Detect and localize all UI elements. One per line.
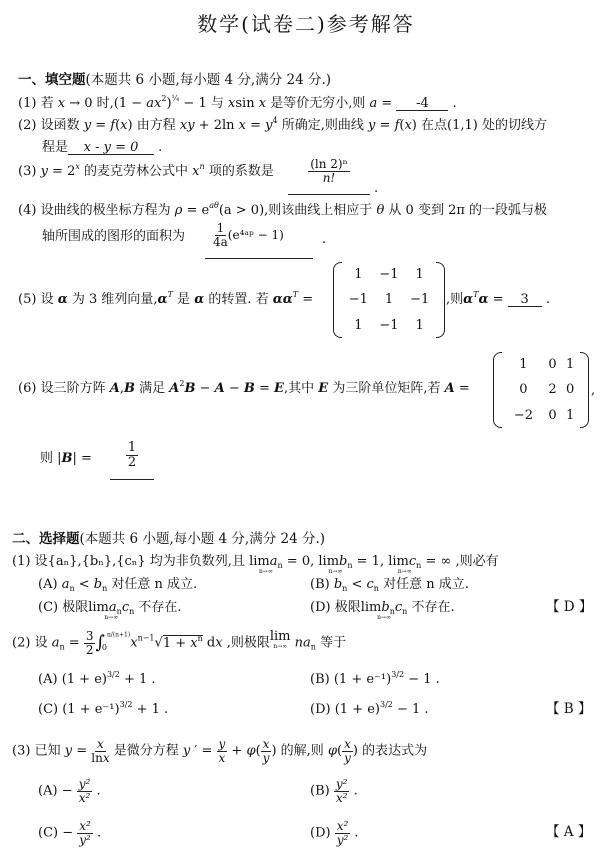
sign: − xyxy=(62,826,73,841)
answer-blank: (ln 2)ⁿ n! xyxy=(288,158,370,195)
option-b: (B) bn < cn 对任意 n 成立. xyxy=(310,578,469,591)
section-2-heading: 二、选择题(本题共 6 小题,每小题 4 分,满分 24 分.) xyxy=(12,533,325,547)
fraction-numerator: x² xyxy=(77,820,93,834)
matrix-cell: 1 xyxy=(503,352,544,377)
option-text: 不存在. xyxy=(138,600,181,615)
q-text: 设 xyxy=(35,636,48,651)
option-label: (D) xyxy=(310,826,331,841)
q-text: 设三阶方阵 xyxy=(41,381,106,396)
q-text: 满足 xyxy=(139,381,165,396)
option-text: (1 + e) xyxy=(62,672,107,687)
matrix-cell: 1 xyxy=(404,313,435,338)
option-tail: + 1 . xyxy=(120,672,156,687)
q-number: (2) xyxy=(18,118,36,133)
fraction-numerator: (ln 2)ⁿ xyxy=(308,158,350,172)
s1-question-5-tail: ,则αTα = 3 . xyxy=(446,293,550,307)
q-text: 是微分方程 xyxy=(114,744,179,759)
right-paren xyxy=(436,262,445,338)
q-text: 的解,则 xyxy=(281,744,324,759)
answer-fraction: 1 4a xyxy=(213,222,228,248)
option-label: (C) xyxy=(38,826,58,841)
option-text: 不存在. xyxy=(411,600,454,615)
answer-bracket: 【 A 】 xyxy=(546,826,591,840)
option-label: (C) xyxy=(38,702,58,717)
q-number: (5) xyxy=(18,292,36,307)
option-d: (D) (1 + e)3/2 − 1 . xyxy=(310,703,429,716)
option-text: (1 + e⁻¹) xyxy=(334,672,391,687)
s1-question-1: (1) 若 x → 0 时,(1 − ax2)¼ − 1 与 xsin x 是等… xyxy=(18,97,457,111)
matrix-cell: −1 xyxy=(374,313,405,338)
matrix-cell: −2 xyxy=(503,403,544,428)
q-text: 是 xyxy=(177,292,190,307)
matrix-alpha-alpha-t: 1−11 −11−1 1−11 xyxy=(333,262,445,338)
matrix-cell: 1 xyxy=(561,352,579,377)
fraction-numerator: 1 xyxy=(215,222,227,236)
q-text: 的表达式为 xyxy=(362,744,427,759)
option-a: (A) an < bn 对任意 n 成立. xyxy=(38,578,197,591)
s1-question-6: (6) 设三阶方阵 A,B 满足 A2B − A − B = E,其中 E 为三… xyxy=(18,382,470,395)
option-c: (C) (1 + e⁻¹)3/2 + 1 . xyxy=(38,703,168,716)
matrix-cell: 1 xyxy=(374,287,405,312)
s1-question-4: (4) 设曲线的极坐标方程为 ρ = eaθ(a > 0),则该曲线上相应于 θ… xyxy=(18,204,547,217)
answer-blank: -4 xyxy=(396,97,448,111)
q-text: 若 xyxy=(41,96,54,111)
option-label: (D) xyxy=(310,600,331,615)
q-number: (6) xyxy=(18,381,36,396)
s1-question-4-cont: 轴所围成的图形的面积为 xyxy=(42,230,185,243)
section-2-note: (本题共 6 小题,每小题 4 分,满分 24 分.) xyxy=(80,531,326,547)
q-text: 设 xyxy=(41,292,54,307)
right-paren xyxy=(580,352,589,428)
q-number: (1) xyxy=(18,96,36,111)
q-number: (3) xyxy=(12,744,30,759)
section-1-heading: 一、填空题(本题共 6 小题,每小题 4 分,满分 24 分.) xyxy=(18,74,331,88)
option-a: (A) − y²x² . xyxy=(38,778,101,804)
q-number: (1) xyxy=(12,554,30,569)
q-text: 等于 xyxy=(320,636,346,651)
s1-question-6-cont: 则 |B| = xyxy=(40,452,92,465)
s2-question-2: (2) 设 an = 32∫0n/(n+1)xn−1√1 + xn dx ,则极… xyxy=(12,630,346,656)
q-text: 在点(1,1) 处的切线方 xyxy=(421,118,547,133)
fraction-numerator: y² xyxy=(334,778,350,792)
fraction-numerator: x² xyxy=(335,820,351,834)
fraction-denominator: 4a xyxy=(213,236,228,249)
q-text: 程是 xyxy=(42,140,68,155)
option-label: (A) xyxy=(38,577,58,592)
page-title: 数学(试卷二)参考解答 xyxy=(0,14,612,34)
option-label: (B) xyxy=(310,672,330,687)
q-number: (4) xyxy=(18,203,36,218)
fraction-numerator: y² xyxy=(77,778,93,792)
answer-blank: x - y = 0 xyxy=(68,141,154,155)
answer-fraction: 1 2 xyxy=(126,441,138,469)
q-text: 所确定,则曲线 xyxy=(282,118,364,133)
q-text: 是等价无穷小,则 xyxy=(270,96,365,111)
q-text: 项的系数是 xyxy=(209,164,274,179)
period: . xyxy=(322,233,326,246)
option-c: (C) − x²y² . xyxy=(38,820,101,846)
matrix-cell: −1 xyxy=(343,287,374,312)
exponent: 3/2 xyxy=(107,670,120,679)
option-label: (B) xyxy=(310,784,330,799)
option-tail: − 1 . xyxy=(393,702,429,717)
section-1-note: (本题共 6 小题,每小题 4 分,满分 24 分.) xyxy=(86,72,332,88)
answer-blank: 3 xyxy=(508,293,542,307)
q-text: ,其中 xyxy=(284,381,314,396)
left-paren xyxy=(493,352,502,428)
q-text: 的转置. 若 xyxy=(208,292,268,307)
matrix-cell: 1 xyxy=(343,313,374,338)
matrix-cell: −1 xyxy=(404,287,435,312)
comma: , xyxy=(591,384,595,397)
s1-question-2-cont: 程是x - y = 0 . xyxy=(42,141,162,155)
q-text: 设函数 xyxy=(41,118,80,133)
left-paren xyxy=(333,262,342,338)
q-text: 从 0 变到 2π 的一段弧与极 xyxy=(388,203,547,218)
q-number: (2) xyxy=(12,636,30,651)
q-text: ,则极限 xyxy=(227,636,270,651)
q-text: 由方程 xyxy=(137,118,176,133)
option-d: (D) 极限limbncnn→∞ 不存在. xyxy=(310,601,455,621)
option-text: 对任意 n 成立. xyxy=(383,577,469,592)
matrix-cell: 0 xyxy=(503,377,544,402)
matrix-cell: 1 xyxy=(561,403,579,428)
s1-question-2: (2) 设函数 y = f(x) 由方程 xy + 2ln x = y4 所确定… xyxy=(18,119,547,132)
option-d: (D) x²y² . xyxy=(310,820,359,846)
option-label: (A) xyxy=(38,784,58,799)
q-text: 为 3 维列向量, xyxy=(72,292,158,307)
option-text: (1 + e) xyxy=(335,702,380,717)
answer-blank: 1 4a (e⁴ᵃᵖ − 1) xyxy=(205,222,313,259)
matrix-cell: 1 xyxy=(343,262,374,287)
q-text: ,则必有 xyxy=(455,554,498,569)
q-text: 为三阶单位矩阵,若 xyxy=(332,381,440,396)
option-a: (A) (1 + e)3/2 + 1 . xyxy=(38,673,156,686)
matrix-a: 101 020 −201 xyxy=(493,352,589,428)
q-text: 设曲线的极坐标方程为 xyxy=(41,203,171,218)
fraction-denominator: n! xyxy=(323,172,336,185)
q-text: 则 xyxy=(40,451,53,466)
option-b: (B) y²x² . xyxy=(310,778,358,804)
answer-bracket: 【 B 】 xyxy=(546,703,592,717)
fraction-denominator: x² xyxy=(79,792,91,805)
s1-question-3: (3) y = 2x 的麦克劳林公式中 xn 项的系数是 xyxy=(18,165,274,178)
answer-fraction: (ln 2)ⁿ n! xyxy=(308,158,350,184)
fraction-numerator: 1 xyxy=(126,441,138,456)
option-label: (A) xyxy=(38,672,58,687)
option-label: (D) xyxy=(310,702,331,717)
option-tail: + 1 . xyxy=(132,702,168,717)
matrix-cell: 0 xyxy=(544,403,562,428)
sign: − xyxy=(62,784,73,799)
fraction-denominator: y² xyxy=(337,834,349,847)
option-tail: − 1 . xyxy=(404,672,440,687)
section-1-title: 一、填空题 xyxy=(18,72,86,88)
exponent: 3/2 xyxy=(380,700,393,709)
s2-question-3: (3) 已知 y = xlnx 是微分方程 y ′ = yx + φ(xy) 的… xyxy=(12,738,427,764)
period: . xyxy=(374,182,378,195)
matrix-cell: 0 xyxy=(561,377,579,402)
option-c: (C) 极限limancnn→∞ 不存在. xyxy=(38,601,182,621)
answer-blank: 1 2 xyxy=(110,441,154,480)
option-label: (C) xyxy=(38,600,58,615)
answer-bracket: 【 D 】 xyxy=(546,601,592,615)
fraction-denominator: y² xyxy=(79,834,91,847)
q-text: 设{aₙ},{bₙ},{cₙ} 均为非负数列,且 xyxy=(35,554,245,569)
q-text: ,则 xyxy=(446,292,463,307)
fraction-denominator: x² xyxy=(336,792,348,805)
exponent: 3/2 xyxy=(391,670,404,679)
option-b: (B) (1 + e⁻¹)3/2 − 1 . xyxy=(310,673,440,686)
option-label: (B) xyxy=(310,577,330,592)
section-2-title: 二、选择题 xyxy=(12,531,80,547)
matrix-cell: 2 xyxy=(544,377,562,402)
q-number: (3) xyxy=(18,164,36,179)
answer-rest: (e⁴ᵃᵖ − 1) xyxy=(228,228,284,242)
q-text: 时, xyxy=(97,96,114,111)
fraction-denominator: 2 xyxy=(128,456,136,470)
matrix-cell: −1 xyxy=(374,262,405,287)
option-text: 对任意 n 成立. xyxy=(111,577,197,592)
matrix-cell: 0 xyxy=(544,352,562,377)
q-text: 的麦克劳林公式中 xyxy=(84,164,188,179)
q-text: 轴所围成的图形的面积为 xyxy=(42,229,185,244)
q-text: (a > 0),则该曲线上相应于 xyxy=(219,203,372,218)
option-text: (1 + e⁻¹) xyxy=(62,702,119,717)
q-text: 已知 xyxy=(35,744,61,759)
s1-question-5: (5) 设 α 为 3 维列向量,αT 是 α 的转置. 若 ααT = xyxy=(18,293,313,306)
s2-question-1: (1) 设{aₙ},{bₙ},{cₙ} 均为非负数列,且 limann→∞ = … xyxy=(12,555,499,575)
exponent: 3/2 xyxy=(120,700,133,709)
q-text: 与 xyxy=(211,96,224,111)
matrix-cell: 1 xyxy=(404,262,435,287)
